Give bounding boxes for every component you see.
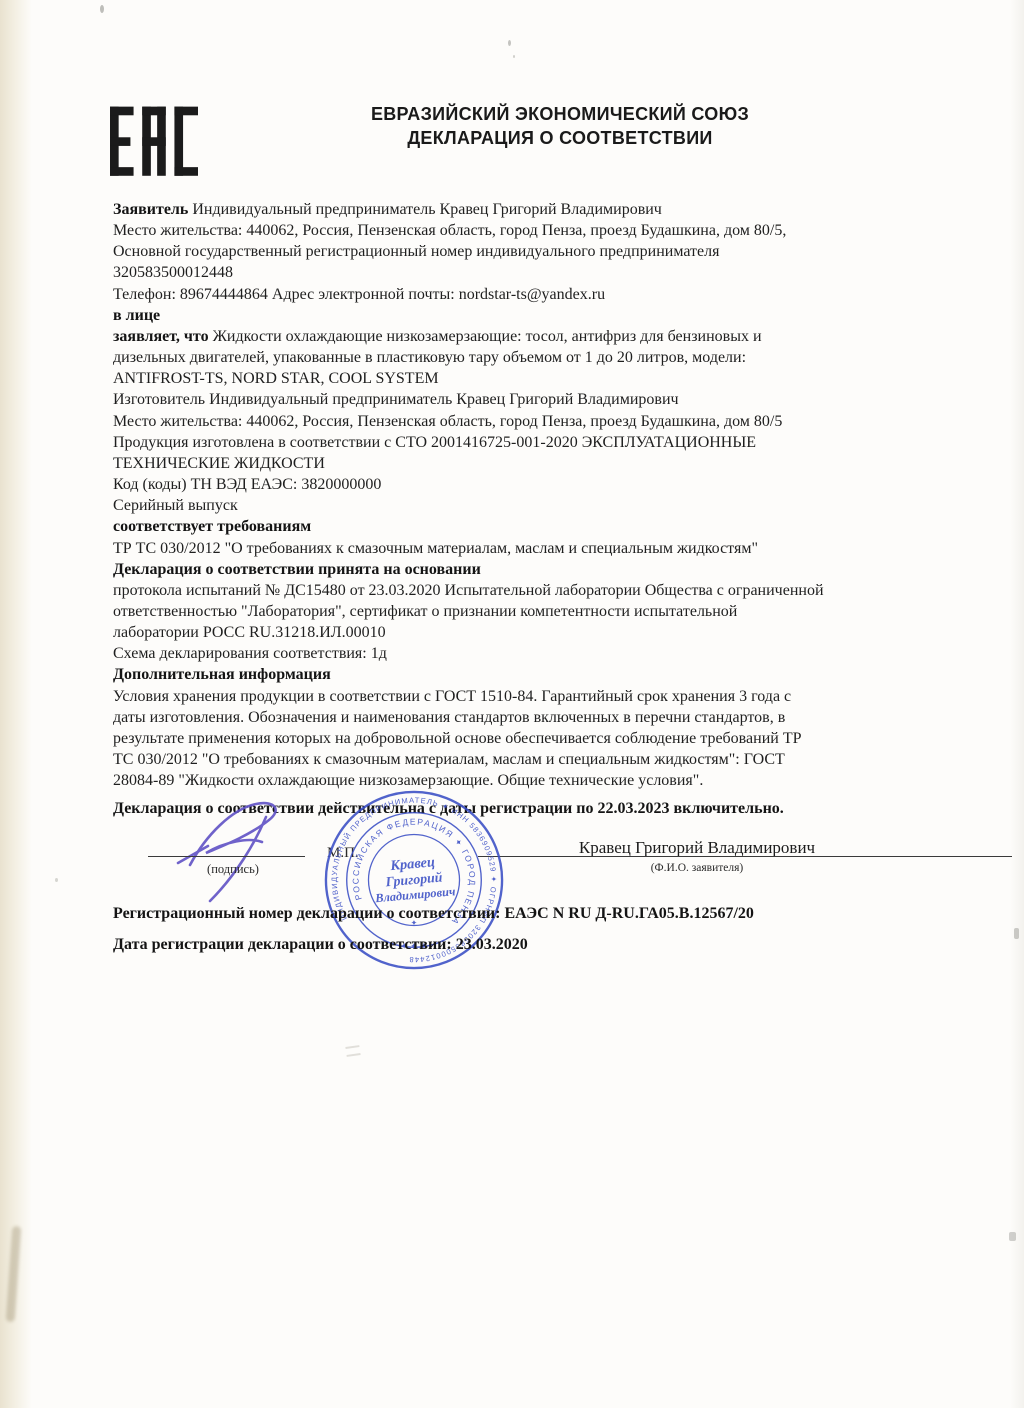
scan-speck xyxy=(100,5,104,13)
body-line: ТР ТС 030/2012 "О требованиях к смазочны… xyxy=(113,538,973,559)
signature-line xyxy=(148,856,305,857)
body-line: протокола испытаний № ДС15480 от 23.03.2… xyxy=(113,580,973,601)
body-line: Место жительства: 440062, Россия, Пензен… xyxy=(113,220,973,241)
eac-logo xyxy=(110,97,198,187)
body-line: лаборатории РОСС RU.31218.ИЛ.00010 xyxy=(113,622,973,643)
scan-mark xyxy=(1009,1232,1016,1241)
body-line: Схема декларирования соответствия: 1д xyxy=(113,643,973,664)
body-line: Место жительства: 440062, Россия, Пензен… xyxy=(113,411,973,432)
body-line: ANTIFROST-TS, NORD STAR, COOL SYSTEM xyxy=(113,368,973,389)
body-line: Продукция изготовлена в соответствии с С… xyxy=(113,432,973,453)
document-header: ЕВРАЗИЙСКИЙ ЭКОНОМИЧЕСКИЙ СОЮЗ ДЕКЛАРАЦИ… xyxy=(310,102,810,150)
fio-caption: (Ф.И.О. заявителя) xyxy=(597,862,797,874)
body-line: Условия хранения продукции в соответстви… xyxy=(113,686,973,707)
declaration-body-text: Заявитель Индивидуальный предприниматель… xyxy=(113,199,973,791)
body-line: ответственностью "Лаборатория", сертифик… xyxy=(113,601,973,622)
scan-left-edge xyxy=(0,0,32,1408)
registration-date-label: Дата регистрации декларации о соответств… xyxy=(113,936,452,953)
body-line: результате применения которых на доброво… xyxy=(113,728,973,749)
body-line: Изготовитель Индивидуальный предпринимат… xyxy=(113,389,973,410)
stamp-name-line1: Кравец xyxy=(389,854,436,874)
body-line: Основной государственный регистрационный… xyxy=(113,241,973,262)
body-line: Код (коды) ТН ВЭД ЕАЭС: 3820000000 xyxy=(113,474,973,495)
registration-date-value: 23.03.2020 xyxy=(452,936,528,953)
stamp-name-line2: Григорий xyxy=(384,869,443,889)
body-line: 28084-89 "Жидкости охлаждающие низкозаме… xyxy=(113,770,973,791)
applicant-name: Кравец Григорий Владимирович xyxy=(547,838,847,858)
registration-number-label: Регистрационный номер декларации о соотв… xyxy=(113,905,500,922)
body-line: ТС 030/2012 "О требованиях к смазочным м… xyxy=(113,749,973,770)
registration-number-value: ЕАЭС N RU Д-RU.ГА05.В.12567/20 xyxy=(500,905,753,922)
validity-statement: Декларация о соответствии действительна … xyxy=(113,800,973,818)
mp-seal-label: М.П. xyxy=(327,845,359,862)
eac-mark-icon xyxy=(110,97,198,187)
scan-mark xyxy=(345,1045,360,1057)
scan-speck xyxy=(55,878,58,882)
declaration-document-page: ЕВРАЗИЙСКИЙ ЭКОНОМИЧЕСКИЙ СОЮЗ ДЕКЛАРАЦИ… xyxy=(0,0,1024,1408)
body-line: Серийный выпуск xyxy=(113,495,973,516)
body-line: Декларация о соответствии принята на осн… xyxy=(113,559,973,580)
registration-date-line: Дата регистрации декларации о соответств… xyxy=(113,936,528,954)
signature-caption: (подпись) xyxy=(178,862,288,877)
title-declaration: ДЕКЛАРАЦИЯ О СООТВЕТСТВИИ xyxy=(310,126,810,150)
stamp-name-line3: Владимирович xyxy=(374,884,457,905)
scan-speck xyxy=(513,55,515,58)
body-line: заявляет, что Жидкости охлаждающие низко… xyxy=(113,326,973,347)
body-line: ТЕХНИЧЕСКИЕ ЖИДКОСТИ xyxy=(113,453,973,474)
body-line: в лице xyxy=(113,305,973,326)
body-line: соответствует требованиям xyxy=(113,516,973,537)
body-line: Дополнительная информация xyxy=(113,664,973,685)
title-union: ЕВРАЗИЙСКИЙ ЭКОНОМИЧЕСКИЙ СОЮЗ xyxy=(310,102,810,126)
body-line: Заявитель Индивидуальный предприниматель… xyxy=(113,199,973,220)
scan-mark xyxy=(1014,928,1019,939)
scan-right-edge xyxy=(1010,0,1024,1408)
body-line: 320583500012448 xyxy=(113,262,973,283)
body-line: дизельных двигателей, упакованные в плас… xyxy=(113,347,973,368)
registration-number-line: Регистрационный номер декларации о соотв… xyxy=(113,905,754,923)
scan-speck xyxy=(508,40,511,46)
body-line: даты изготовления. Обозначения и наимено… xyxy=(113,707,973,728)
body-line: Телефон: 89674444864 Адрес электронной п… xyxy=(113,284,973,305)
fio-line xyxy=(478,856,1012,857)
